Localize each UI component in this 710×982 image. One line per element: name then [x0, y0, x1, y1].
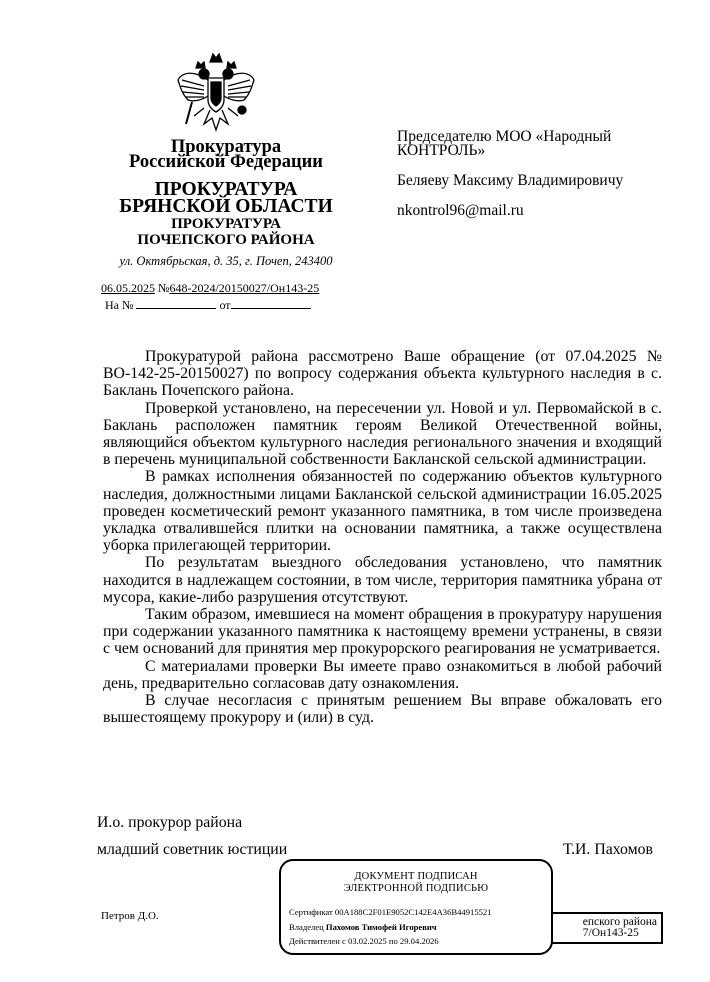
signer-position: И.о. прокурор района — [97, 814, 242, 832]
stamp-title-line1: ДОКУМЕНТ ПОДПИСАН — [281, 871, 551, 883]
reply-number-label: На № — [105, 298, 133, 312]
reply-reference-line: На № от — [105, 298, 311, 313]
registration-line: 06.05.2025 №648-2024/20150027/Он143-25 — [101, 281, 319, 296]
reply-from-label: от — [219, 298, 230, 312]
reply-number-blank — [136, 299, 216, 309]
registration-box-line2: 7/Он143-25 — [583, 928, 657, 939]
region-name-line2: БРЯНСКОЙ ОБЛАСТИ — [95, 197, 357, 217]
valid-label: Действителен — [289, 936, 340, 946]
certificate-label: Сертификат — [289, 907, 333, 917]
reply-date-blank — [231, 299, 311, 309]
valid-from-label: с — [342, 936, 346, 946]
body-paragraph: Проверкой установлено, на пересечении ул… — [103, 400, 662, 469]
addressee-name: Беляеву Максиму Владимировичу — [397, 173, 623, 189]
stamp-validity: Действителен с 03.02.2025 по 29.04.2026 — [289, 936, 439, 946]
stamp-owner: Владелец Пахомов Тимофей Игоревич — [289, 922, 437, 932]
body-paragraph: Прокуратурой района рассмотрено Ваше обр… — [103, 348, 662, 400]
coat-of-arms-icon — [174, 50, 258, 136]
registration-date: 06.05.2025 — [101, 281, 155, 295]
stamp-title-line2: ЭЛЕКТРОННОЙ ПОДПИСЬЮ — [281, 883, 551, 895]
org-name-line2: Российской Федерации — [95, 153, 357, 172]
e-signature-stamp: ДОКУМЕНТ ПОДПИСАН ЭЛЕКТРОННОЙ ПОДПИСЬЮ С… — [279, 859, 553, 955]
stamp-certificate: Сертификат 00A188C2F01E9052C142E4A36B449… — [289, 907, 492, 917]
body-paragraph: В случае несогласия с принятым решением … — [103, 692, 662, 726]
body-paragraph: Таким образом, имевшиеся на момент обращ… — [103, 606, 662, 658]
owner-value: Пахомов Тимофей Игоревич — [326, 922, 437, 932]
registration-number-label: № — [158, 281, 169, 295]
body-paragraph: В рамках исполнения обязанностей по соде… — [103, 468, 662, 554]
addressee-email[interactable]: nkontrol96@mail.ru — [397, 203, 524, 219]
letter-body: Прокуратурой района рассмотрено Ваше обр… — [103, 348, 662, 726]
registration-box: епского района 7/Он143-25 — [536, 912, 663, 944]
signer-rank: младший советник юстиции — [97, 841, 287, 859]
valid-from: 03.02.2025 — [348, 936, 387, 946]
certificate-value: 00A188C2F01E9052C142E4A36B44915521 — [335, 907, 492, 917]
org-address: ул. Октябрьская, д. 35, г. Почеп, 243400 — [95, 254, 357, 269]
district-name-line2: ПОЧЕПСКОГО РАЙОНА — [95, 233, 357, 248]
executor-name: Петров Д.О. — [101, 910, 159, 922]
valid-to: 29.04.2026 — [400, 936, 439, 946]
owner-label: Владелец — [289, 922, 324, 932]
addressee-line2: КОНТРОЛЬ» — [397, 143, 485, 159]
district-name-line1: ПРОКУРАТУРА — [95, 217, 357, 232]
registration-number: 648-2024/20150027/Он143-25 — [169, 281, 319, 295]
valid-to-label: по — [389, 936, 398, 946]
body-paragraph: С материалами проверки Вы имеете право о… — [103, 658, 662, 692]
body-paragraph: По результатам выездного обследования ус… — [103, 554, 662, 606]
signer-name: Т.И. Пахомов — [563, 841, 653, 859]
